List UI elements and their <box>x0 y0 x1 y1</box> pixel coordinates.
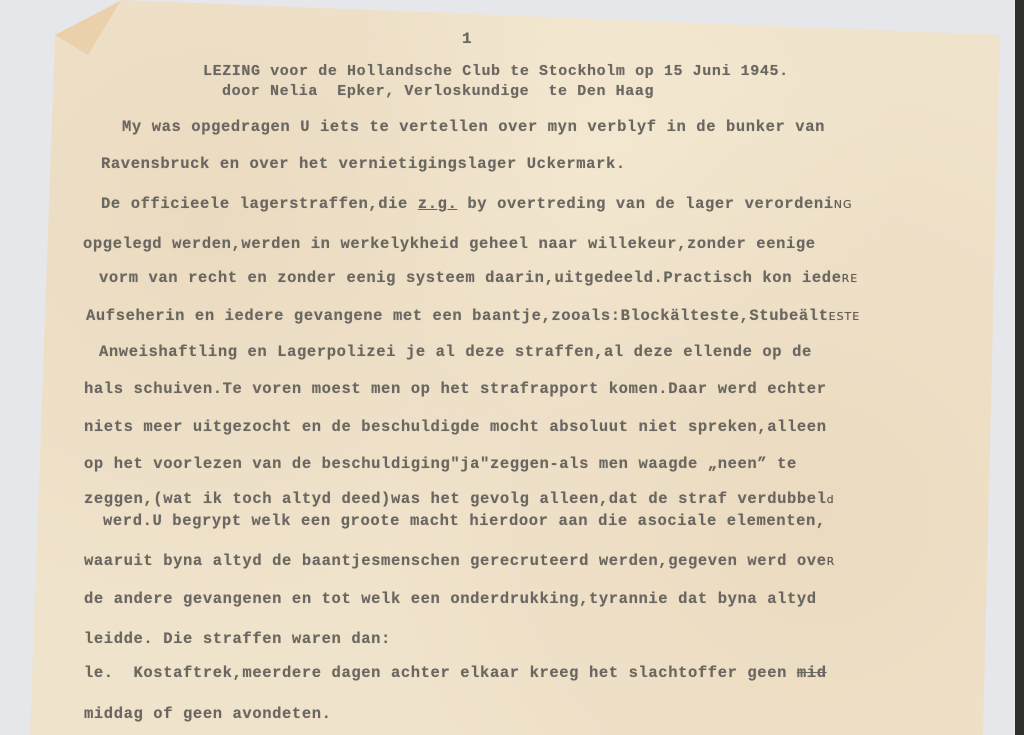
text-line: waaruit byna altyd de baantjesmenschen g… <box>84 552 835 570</box>
text-line: de andere gevangenen en tot welk een ond… <box>84 590 817 608</box>
handwritten-correction: d <box>827 493 835 506</box>
text-line: zeggen,(wat ik toch altyd deed)was het g… <box>84 490 835 508</box>
text-line: My was opgedragen U iets te vertellen ov… <box>122 118 825 136</box>
underlined-text: z.g. <box>418 195 458 213</box>
text-line: hals schuiven.Te voren moest men op het … <box>84 380 827 398</box>
handwritten-correction: NG <box>834 198 853 211</box>
text-line: Aufseherin en iedere gevangene met een b… <box>86 307 860 325</box>
handwritten-correction: ESTE <box>829 310 861 323</box>
document-page <box>0 0 1024 735</box>
text-line: vorm van recht en zonder eenig systeem d… <box>99 269 858 287</box>
page-number: 1 <box>462 30 472 48</box>
struck-text: mid <box>797 664 827 682</box>
document-author: door Nelia Epker, Verloskundige te Den H… <box>222 83 654 100</box>
text-line: op het voorlezen van de beschuldiging"ja… <box>84 455 797 473</box>
text-line: werd.U begrypt welk een groote macht hie… <box>103 512 826 530</box>
handwritten-correction: R <box>827 555 836 568</box>
viewer-edge-bar <box>1015 0 1024 735</box>
handwritten-correction: RE <box>842 272 859 285</box>
text-line: opgelegd werden,werden in werkelykheid g… <box>83 235 816 253</box>
text-line: Anweishaftling en Lagerpolizei je al dez… <box>99 343 812 361</box>
text-line: middag of geen avondeten. <box>84 705 332 723</box>
text-line: leidde. Die straffen waren dan: <box>84 630 391 648</box>
text-line: Ravensbruck en over het vernietigingslag… <box>101 155 626 173</box>
text-line: De officieele lagerstraffen,die z.g. by … <box>101 195 853 213</box>
text-line: niets meer uitgezocht en de beschuldigde… <box>84 418 827 436</box>
document-title: LEZING voor de Hollandsche Club te Stock… <box>203 63 789 80</box>
text-line: le. Kostaftrek,meerdere dagen achter elk… <box>84 664 827 682</box>
